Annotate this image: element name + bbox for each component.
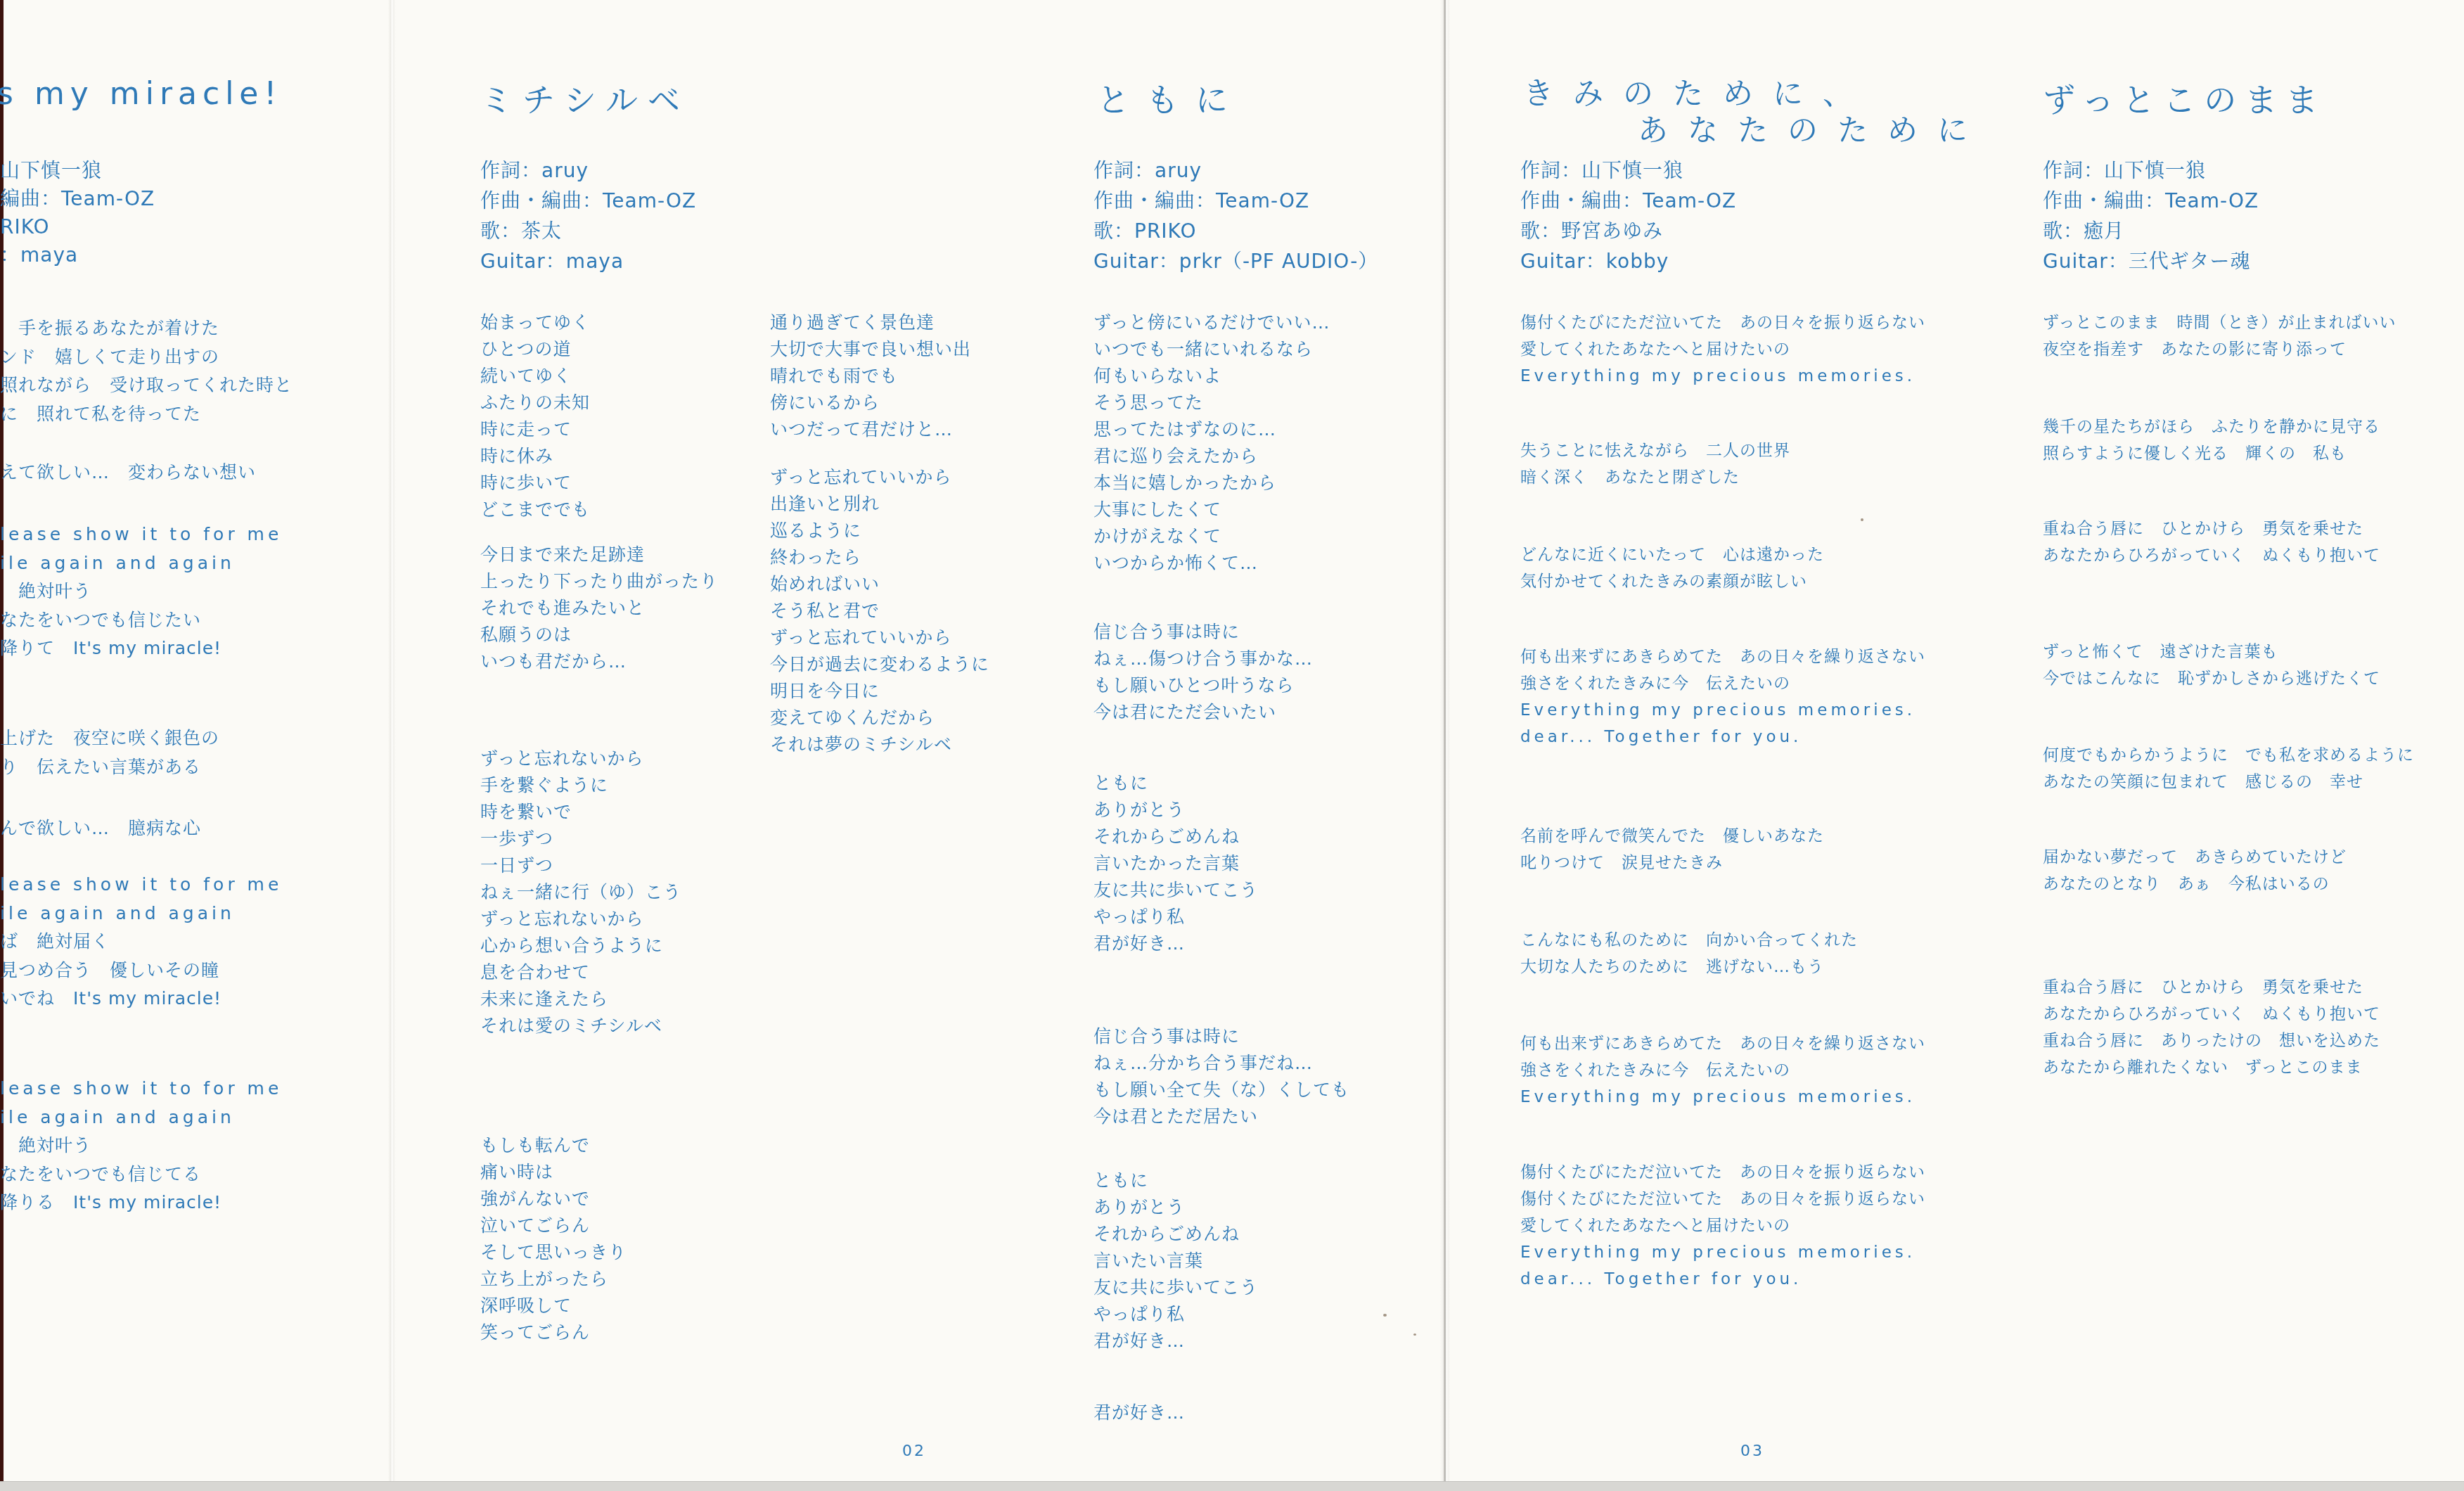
lyric-stanza: ともにありがとうそれからごめんね言いたかった言葉友に共に歩いてこうやっぱり私君が… [1093,770,1258,957]
lyric-line: 照れながら 受け取ってくれた時と [0,371,293,400]
lyric-line: もし願いひとつ叶うなら [1093,672,1313,699]
lyric-stanza: 重ね合う唇に ひとかけら 勇気を乗せたあなたからひろがっていく ぬくもり抱いて重… [2043,974,2380,1081]
lyric-line: lease show it to for me [0,871,282,900]
lyric-line: Everything my precious memories. [1520,363,1925,390]
lyric-line: 泣いてごらん [480,1212,627,1239]
lyric-line: 一日ずつ [480,852,681,879]
credit-line: 歌：茶太 [480,219,562,243]
song-title: ともに [1097,75,1245,121]
lyric-line: 上ったり下ったり曲がったり [480,568,718,595]
lyric-line: 笑ってごらん [480,1319,627,1346]
lyric-line: それは愛のミチシルベ [480,1013,681,1039]
page-number-right: 03 [1740,1442,1764,1460]
lyric-line: 傷付くたびにただ泣いてた あの日々を振り返らない [1520,1159,1925,1186]
lyric-line: 終わったら [770,544,989,571]
lyric-line: に 照れて私を待ってた [0,400,293,429]
lyric-line: 愛してくれたあなたへと届けたいの [1520,1212,1925,1239]
lyric-line: Everything my precious memories. [1520,697,1925,724]
credit-line: 作曲・編曲：Team-OZ [2043,189,2259,213]
lyric-line: そう思ってた [1093,390,1330,416]
lyric-line: ずっと忘れていいから [770,625,989,651]
lyric-line: 続いてゆく [480,363,590,390]
lyric-line: 始まってゆく [480,309,590,336]
lyric-line: 本当に嬉しかったから [1093,470,1330,497]
lyric-line: いつでも一緒にいれるなら [1093,336,1330,363]
dust-speck [1383,1314,1387,1317]
lyric-line: あなたの笑顔に包まれて 感じるの 幸せ [2043,769,2414,795]
lyric-line: 言いたかった言葉 [1093,850,1258,877]
credit-line: Guitar：三代ギター魂 [2043,250,2251,274]
lyric-line: ile again and again [0,900,282,928]
lyric-line: 叱りつけて 涙見せたきみ [1520,850,1824,876]
lyric-line: あなたから離れたくない ずっとこのまま [2043,1054,2380,1081]
lyric-stanza: こんなにも私のために 向かい合ってくれた大切な人たちのために 逃げない…もう [1520,927,1858,980]
lyric-line: ねぇ一緒に行（ゆ）こう [480,879,681,906]
lyric-stanza: 手を振るあなたが着けたンド 嬉しくて走り出すの照れながら 受け取ってくれた時とに… [0,314,293,428]
lyric-line: dear... Together for you. [1520,724,1925,750]
lyric-line: ずっとこのまま 時間（とき）が止まればいい [2043,309,2396,336]
song-title: ずっとこのまま [2043,75,2326,121]
lyric-line: 君が好き… [1093,930,1258,957]
scan-bottom-edge [0,1481,2464,1491]
lyric-line: 見つめ合う 優しいその瞳 [0,956,282,985]
lyric-line: 思ってたはずなのに… [1093,416,1330,443]
lyric-stanza: lease show it to for meile again and aga… [0,871,282,1013]
credit-line: 歌：野宮あゆみ [1520,219,1663,243]
booklet-scan: 02 03 s my miracle!山下慎一狼編曲：Team-OZRIKO：m… [0,0,2464,1491]
lyric-line: あなたからひろがっていく ぬくもり抱いて [2043,542,2380,569]
lyric-line: ずっと忘れないから [480,906,681,933]
lyric-line: 傍にいるから [770,390,971,416]
lyric-stanza: ずっと怖くて 遠ざけた言葉も今ではこんなに 恥ずかしさから逃げたくて [2043,639,2380,692]
lyric-line: ともに [1093,1167,1258,1194]
credit-line: 作詞：aruy [480,159,589,183]
lyric-line: そう私と君で [770,598,989,625]
lyric-line: 君に巡り会えたから [1093,443,1330,470]
lyric-line: 信じ合う事は時に [1093,619,1313,646]
lyric-line: いつからか怖くて… [1093,550,1330,577]
lyric-line: ともに [1093,770,1258,797]
lyric-line: なたをいつでも信じたい [0,606,282,635]
lyric-line: 手を繋ぐように [480,772,681,799]
lyric-line: 明日を今日に [770,678,989,705]
lyric-line: ile again and again [0,549,282,578]
credit-line: Guitar：maya [480,250,624,274]
lyric-line: 何も出来ずにあきらめてた あの日々を繰り返さない [1520,1030,1925,1057]
lyric-line: 今日が過去に変わるように [770,651,989,678]
lyric-line: 今は君にただ会いたい [1093,699,1313,726]
lyric-line: どんなに近くにいたって 心は遠かった [1520,542,1824,568]
lyric-line: あなたのとなり あぁ 今私はいるの [2043,871,2347,897]
lyric-stanza: 届かない夢だって あきらめていたけどあなたのとなり あぁ 今私はいるの [2043,844,2347,897]
lyric-line: やっぱり私 [1093,904,1258,930]
lyric-line: 強がんないで [480,1186,627,1212]
lyric-stanza: もしも転んで痛い時は強がんないで泣いてごらんそして思いっきり立ち上がったら深呼吸… [480,1132,627,1346]
page-number-left: 02 [902,1442,926,1460]
lyric-line: 時に休み [480,443,590,470]
lyric-line: 強さをくれたきみに今 伝えたいの [1520,1057,1925,1084]
lyric-stanza: 幾千の星たちがほら ふたりを静かに見守る照らすように優しく光る 輝くの 私も [2043,414,2380,467]
lyric-line: それでも進みたいと [480,595,718,622]
lyric-stanza: 名前を呼んで微笑んでた 優しいあなた叱りつけて 涙見せたきみ [1520,823,1824,876]
lyric-line: いつだって君だけと… [770,416,971,443]
lyric-line: 届かない夢だって あきらめていたけど [2043,844,2347,871]
lyric-line: 痛い時は [480,1159,627,1186]
lyric-line: かけがえなくて [1093,523,1330,550]
lyric-line: 心から想い合うように [480,933,681,959]
lyric-line: 時に走って [480,416,590,443]
lyric-line: こんなにも私のために 向かい合ってくれた [1520,927,1858,954]
song-title: ミチシルベ [480,75,690,121]
lyric-line: 重ね合う唇に ありったけの 想いを込めた [2043,1028,2380,1054]
lyric-stanza: 今日まで来た足跡達上ったり下ったり曲がったりそれでも進みたいと私願うのはいつも君… [480,542,718,675]
lyric-stanza: 何も出来ずにあきらめてた あの日々を繰り返さない強さをくれたきみに今 伝えたいの… [1520,1030,1925,1111]
lyric-stanza: 始まってゆくひとつの道続いてゆくふたりの未知時に走って時に休み時に歩いてどこまで… [480,309,590,523]
credit-line: 作曲・編曲：Team-OZ [1093,189,1309,213]
credit-line: 編曲：Team-OZ [0,187,155,211]
lyric-line: lease show it to for me [0,1075,282,1103]
lyric-stanza: 通り過ぎてく景色達大切で大事で良い想い出晴れでも雨でも傍にいるからいつだって君だ… [770,309,971,443]
lyric-line: んで欲しい… 臆病な心 [0,814,201,843]
lyric-line: ずっと忘れていいから [770,464,989,491]
lyric-line: ありがとう [1093,1194,1258,1221]
lyric-line: 重ね合う唇に ひとかけら 勇気を乗せた [2043,974,2380,1001]
lyric-line: ile again and again [0,1103,282,1132]
lyric-line: 時を繋いで [480,799,681,826]
lyric-stanza: 何も出来ずにあきらめてた あの日々を繰り返さない強さをくれたきみに今 伝えたいの… [1520,644,1925,750]
credit-line: 作詞：山下慎一狼 [2043,159,2206,183]
lyric-line: どこまででも [480,497,590,523]
lyric-line: そして思いっきり [480,1239,627,1266]
lyric-line: 何度でもからかうように でも私を求めるように [2043,742,2414,769]
lyric-line: 巡るように [770,518,989,544]
lyric-line: 立ち上がったら [480,1266,627,1293]
lyric-stanza: 上げた 夜空に咲く銀色のり 伝えたい言葉がある [0,724,219,781]
lyric-line: lease show it to for me [0,520,282,549]
lyric-line: 大事にしたくて [1093,497,1330,523]
lyric-stanza: ずっと傍にいるだけでいい…いつでも一緒にいれるなら何もいらないよそう思ってた思っ… [1093,309,1330,577]
lyric-line: 言いたい言葉 [1093,1248,1258,1274]
lyric-line: やっぱり私 [1093,1301,1258,1328]
lyric-line: 気付かせてくれたきみの素顔が眩しい [1520,568,1824,595]
lyric-stanza: えて欲しい… 変わらない想い [0,459,256,487]
lyric-line: いでね It's my miracle! [0,985,282,1013]
lyric-line: 時に歩いて [480,470,590,497]
lyric-stanza: 重ね合う唇に ひとかけら 勇気を乗せたあなたからひろがっていく ぬくもり抱いて [2043,516,2380,569]
lyric-line: 今は君とただ居たい [1093,1103,1349,1130]
lyric-line: 照らすように優しく光る 輝くの 私も [2043,440,2380,467]
lyric-line: 傷付くたびにただ泣いてた あの日々を振り返らない [1520,1186,1925,1212]
credit-line: 作曲・編曲：Team-OZ [480,189,696,213]
lyric-line: 友に共に歩いてこう [1093,1274,1258,1301]
lyric-line: 強さをくれたきみに今 伝えたいの [1520,670,1925,697]
dust-speck [1413,1333,1416,1336]
lyric-line: ずっと怖くて 遠ざけた言葉も [2043,639,2380,665]
lyric-line: 君が好き… [1093,1400,1185,1426]
lyric-line: 一歩ずつ [480,826,681,852]
lyric-line: ば 絶対届く [0,928,282,956]
lyric-line: もしも転んで [480,1132,627,1159]
lyric-line: 深呼吸して [480,1293,627,1319]
lyric-line: それは夢のミチシルベ [770,731,989,758]
credit-line: Guitar：kobby [1520,250,1669,274]
lyric-stanza: 失うことに怯えながら 二人の世界暗く深く あなたと閉ざした [1520,437,1790,491]
credit-line: 作詞：山下慎一狼 [1520,159,1683,183]
lyric-line: それからごめんね [1093,824,1258,850]
page-fold-left [388,0,395,1491]
lyric-line: ずっと忘れないから [480,745,681,772]
credit-line: 作詞：aruy [1093,159,1202,183]
lyric-stanza: ずっと忘れないから手を繋ぐように時を繋いで一歩ずつ一日ずつねぇ一緒に行（ゆ）こう… [480,745,681,1039]
credit-line: 山下慎一狼 [0,159,102,183]
lyric-line: 大切で大事で良い想い出 [770,336,971,363]
page-fold-center [1440,0,1450,1491]
song-title-line2: あなたのために [1638,107,1987,150]
lyric-line: えて欲しい… 変わらない想い [0,459,256,487]
dust-speck [1861,518,1863,521]
lyric-line: 未来に逢えたら [480,986,681,1013]
lyric-line: 信じ合う事は時に [1093,1023,1349,1050]
lyric-line: 始めればいい [770,571,989,598]
lyric-line: 出逢いと別れ [770,491,989,518]
lyric-line: 大切な人たちのために 逃げない…もう [1520,954,1858,980]
song-title: s my miracle! [0,76,282,112]
lyric-line: Everything my precious memories. [1520,1239,1925,1266]
credit-line: RIKO [0,215,50,239]
lyric-line: それからごめんね [1093,1221,1258,1248]
lyric-line: 幾千の星たちがほら ふたりを静かに見守る [2043,414,2380,440]
credit-line: 作曲・編曲：Team-OZ [1520,189,1736,213]
lyric-line: 君が好き… [1093,1328,1258,1355]
lyric-stanza: どんなに近くにいたって 心は遠かった気付かせてくれたきみの素顔が眩しい [1520,542,1824,595]
lyric-stanza: 何度でもからかうように でも私を求めるようにあなたの笑顔に包まれて 感じるの 幸… [2043,742,2414,795]
lyric-stanza: lease show it to for meile again and aga… [0,1075,282,1217]
lyric-line: 何もいらないよ [1093,363,1330,390]
lyric-line: 友に共に歩いてこう [1093,877,1258,904]
lyric-line: いつも君だから… [480,648,718,675]
lyric-line: 重ね合う唇に ひとかけら 勇気を乗せた [2043,516,2380,542]
lyric-line: 今ではこんなに 恥ずかしさから逃げたくて [2043,665,2380,692]
lyric-stanza: 信じ合う事は時にねぇ…分かち合う事だね…もし願い全て失（な）くしても今は君とただ… [1093,1023,1349,1130]
lyric-line: り 伝えたい言葉がある [0,753,219,782]
lyric-line: ねぇ…分かち合う事だね… [1093,1050,1349,1077]
credit-line: 歌：PRIKO [1093,219,1196,243]
lyric-line: 傷付くたびにただ泣いてた あの日々を振り返らない [1520,309,1925,336]
lyric-stanza: lease show it to for meile again and aga… [0,520,282,663]
lyric-line: dear... Together for you. [1520,1266,1925,1293]
lyric-line: ふたりの未知 [480,390,590,416]
credit-line: Guitar：prkr（-PF AUDIO-） [1093,250,1378,274]
lyric-line: 上げた 夜空に咲く銀色の [0,724,219,753]
lyric-line: ねぇ…傷つけ合う事かな… [1093,646,1313,672]
lyric-stanza: ずっとこのまま 時間（とき）が止まればいい夜空を指差す あなたの影に寄り添って [2043,309,2396,363]
lyric-line: あなたからひろがっていく ぬくもり抱いて [2043,1001,2380,1028]
lyric-line: ずっと傍にいるだけでいい… [1093,309,1330,336]
credit-line: 歌：癒月 [2043,219,2124,243]
lyric-line: 名前を呼んで微笑んでた 優しいあなた [1520,823,1824,850]
credit-line: ：maya [0,243,78,267]
lyric-line: ンド 嬉しくて走り出すの [0,343,293,372]
lyric-line: 何も出来ずにあきらめてた あの日々を繰り返さない [1520,644,1925,670]
lyric-line: 変えてゆくんだから [770,705,989,731]
lyric-line: なたをいつでも信じてる [0,1160,282,1189]
lyric-line: 今日まで来た足跡達 [480,542,718,568]
lyric-stanza: んで欲しい… 臆病な心 [0,814,201,843]
lyric-stanza: ずっと忘れていいから出逢いと別れ巡るように終わったら始めればいいそう私と君でずっ… [770,464,989,758]
lyric-stanza: 傷付くたびにただ泣いてた あの日々を振り返らない愛してくれたあなたへと届けたいの… [1520,309,1925,390]
lyric-line: 降りる It's my miracle! [0,1189,282,1217]
lyric-line: 降りて It's my miracle! [0,634,282,663]
lyric-line: 通り過ぎてく景色達 [770,309,971,336]
lyric-stanza: 君が好き… [1093,1400,1185,1426]
lyric-line: 晴れでも雨でも [770,363,971,390]
lyric-line: ありがとう [1093,797,1258,824]
lyric-line: 失うことに怯えながら 二人の世界 [1520,437,1790,464]
lyric-stanza: 信じ合う事は時にねぇ…傷つけ合う事かな…もし願いひとつ叶うなら今は君にただ会いた… [1093,619,1313,726]
lyric-line: 手を振るあなたが着けた [0,314,293,343]
lyric-line: ひとつの道 [480,336,590,363]
lyric-line: 暗く深く あなたと閉ざした [1520,464,1790,491]
lyric-line: 私願うのは [480,622,718,648]
lyric-line: 夜空を指差す あなたの影に寄り添って [2043,336,2396,363]
lyric-line: 絶対叶う [0,1132,282,1160]
lyric-stanza: 傷付くたびにただ泣いてた あの日々を振り返らない傷付くたびにただ泣いてた あの日… [1520,1159,1925,1293]
lyric-line: 愛してくれたあなたへと届けたいの [1520,336,1925,363]
lyric-line: 息を合わせて [480,959,681,986]
lyric-line: Everything my precious memories. [1520,1084,1925,1111]
lyric-stanza: ともにありがとうそれからごめんね言いたい言葉友に共に歩いてこうやっぱり私君が好き… [1093,1167,1258,1355]
lyric-line: もし願い全て失（な）くしても [1093,1077,1349,1103]
lyric-line: 絶対叶う [0,577,282,606]
